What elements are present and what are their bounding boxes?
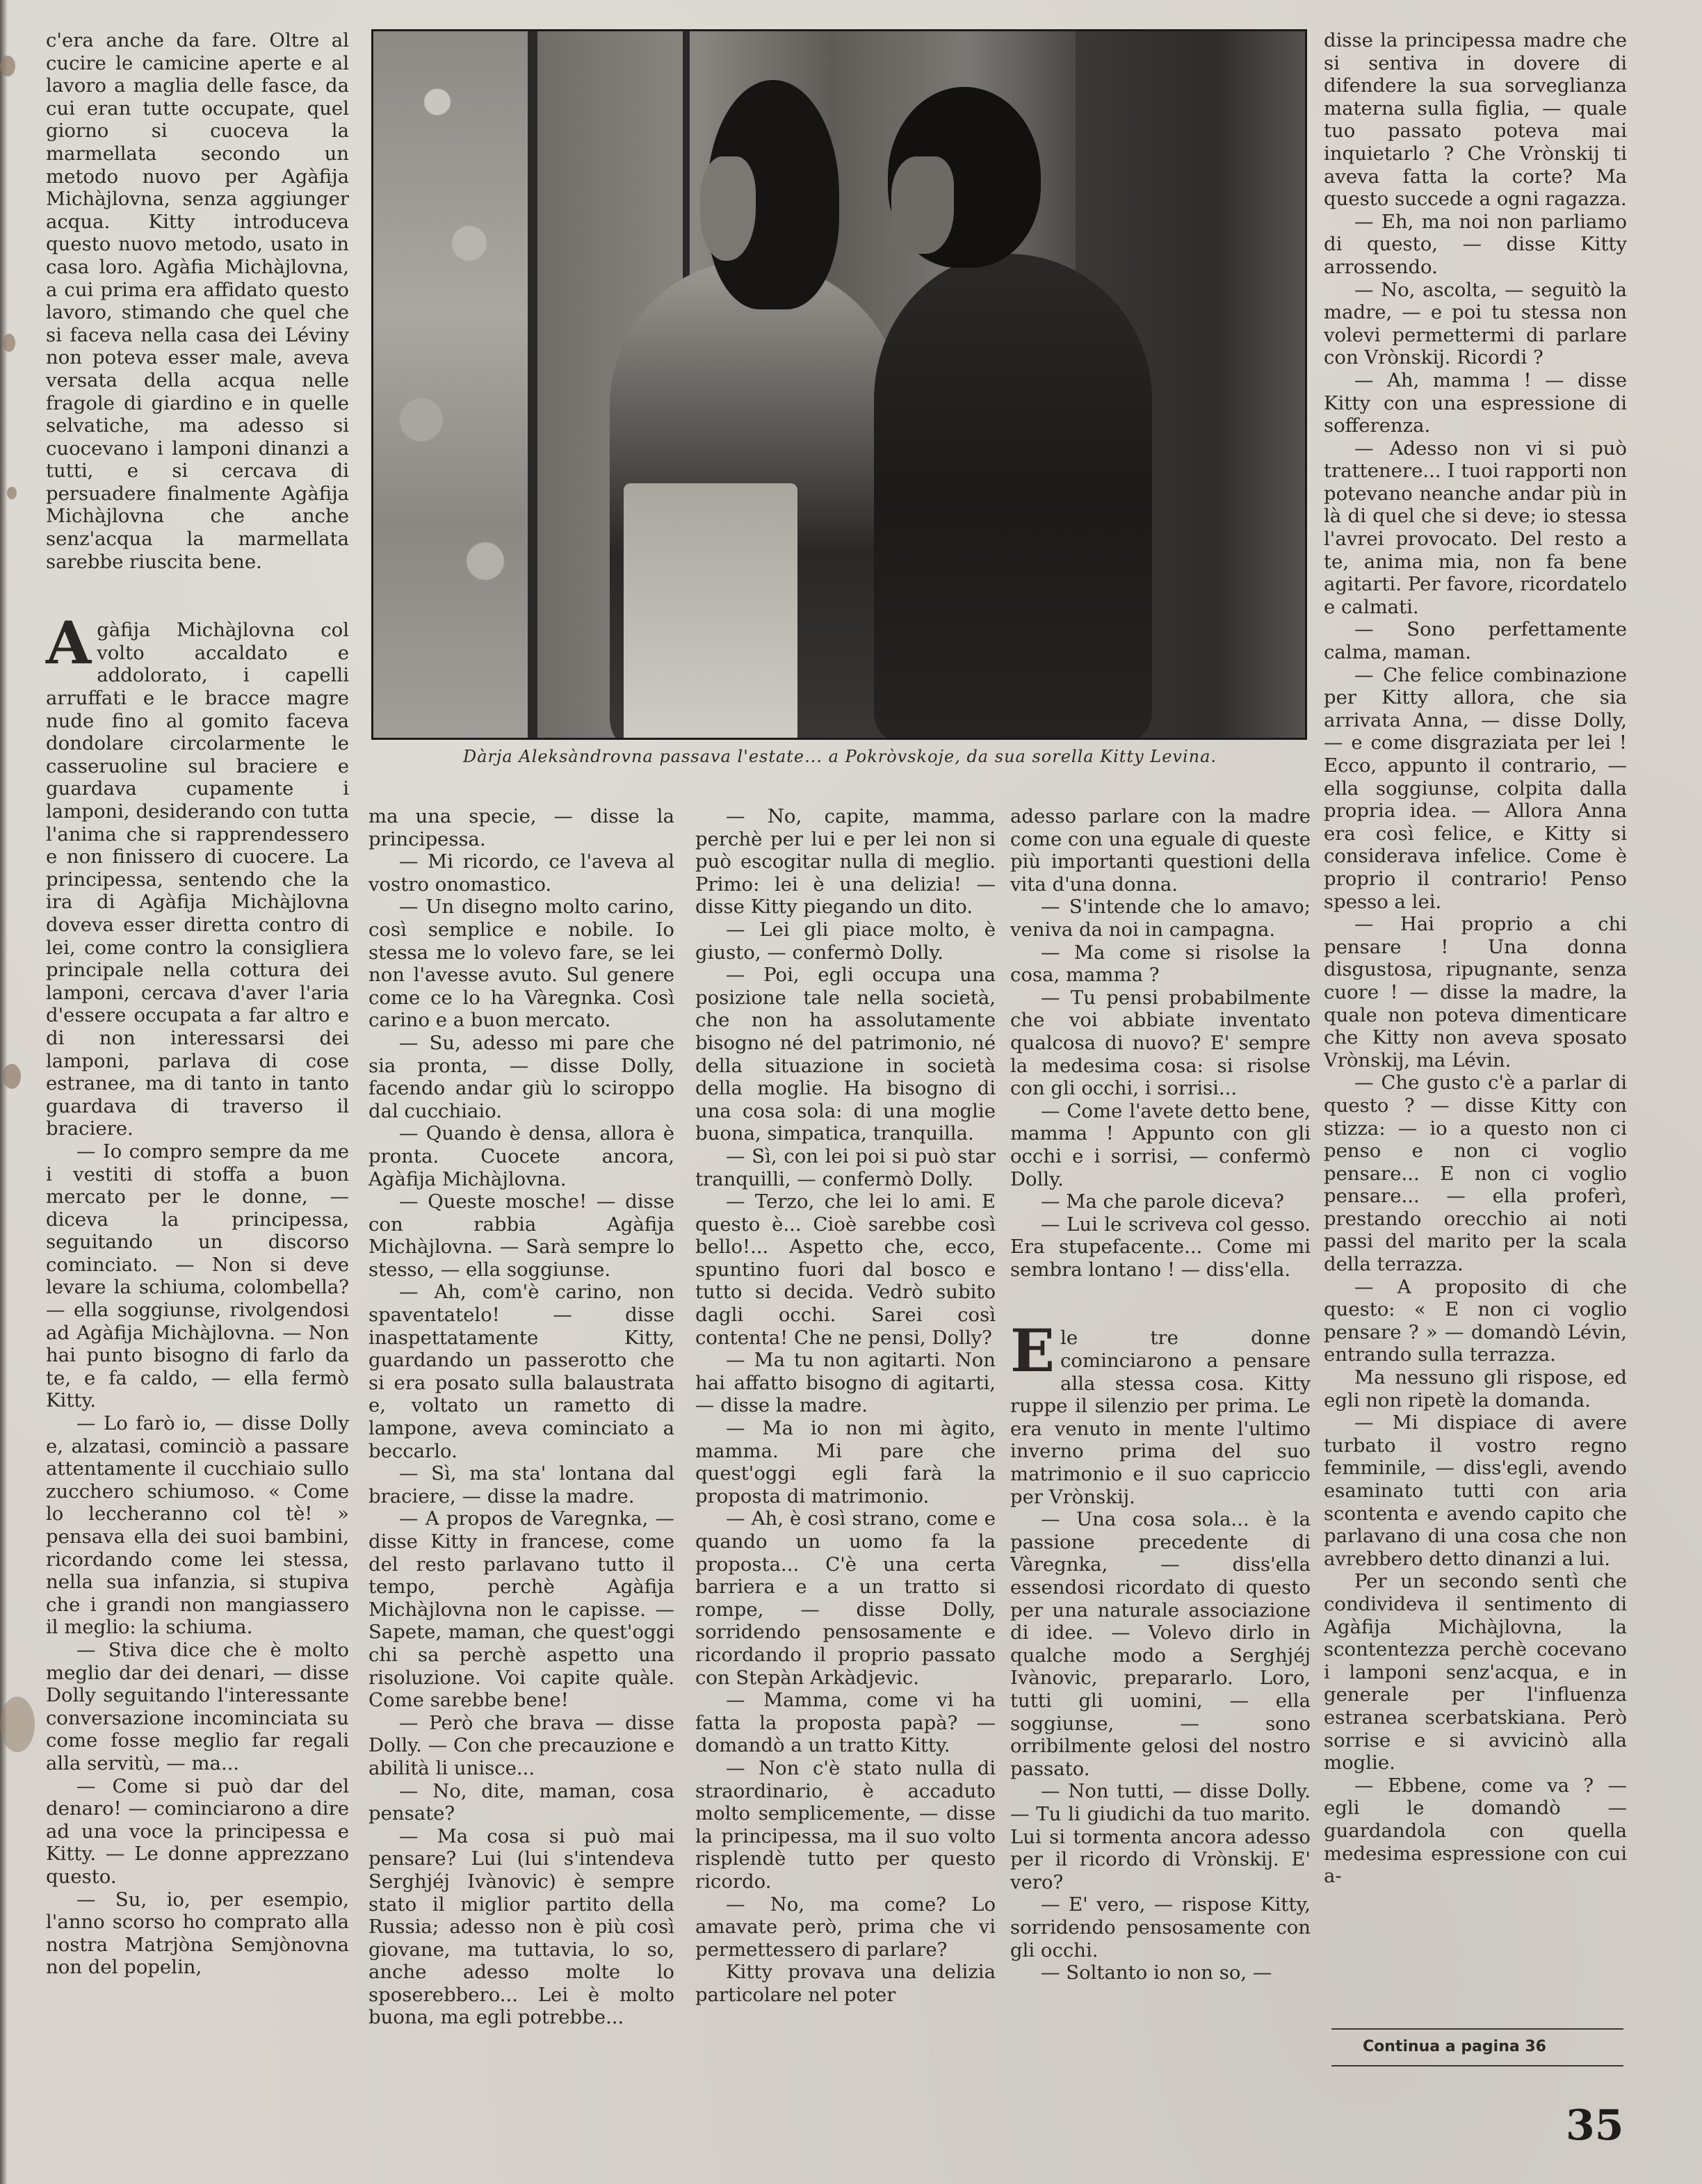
paragraph: — Adesso non vi si può trattenere... I t… [1324, 437, 1627, 619]
woman-face-left [700, 156, 756, 261]
paragraph-text: gàfija Michàjlovna col volto accaldato e… [46, 619, 349, 1140]
paragraph: c'era anche da fare. Oltre al cucire le … [46, 29, 349, 573]
paragraph: — Che gusto c'è a parlar di questo ? — d… [1324, 1071, 1627, 1275]
paragraph: — Lo farò io, — disse Dolly e, alzatasi,… [46, 1412, 349, 1639]
paragraph: — Una cosa sola... è la passione precede… [1010, 1508, 1311, 1780]
page-number: 35 [1566, 2101, 1624, 2150]
paragraph: — No, capite, mamma, perchè per lui e pe… [695, 805, 996, 919]
text-column-2: ma una specie, — disse la principessa. —… [368, 805, 674, 2029]
paragraph: — Sono perfettamente calma, maman. [1324, 618, 1627, 663]
window-frame [528, 31, 537, 738]
paragraph: — Mi ricordo, ce l'aveva al vostro onoma… [368, 850, 674, 896]
paragraph: — Però che brava — disse Dolly. — Con ch… [368, 1712, 674, 1780]
paragraph: — Sì, ma sta' lontana dal braciere, — di… [368, 1462, 674, 1507]
paragraph: — Io compro sempre da me i vestiti di st… [46, 1140, 349, 1412]
paragraph: — S'intende che lo amavo; veniva da noi … [1010, 896, 1311, 941]
curtain-shadow [373, 31, 533, 738]
paragraph: — Ma tu non agitarti. Non hai affatto bi… [695, 1349, 996, 1417]
paragraph: — Ah, è così strano, come e quando un uo… [695, 1507, 996, 1689]
drop-cap: E [1010, 1329, 1055, 1373]
paragraph: — Hai proprio a chi pensare ! Una donna … [1324, 913, 1627, 1071]
paragraph: — Eh, ma noi non parliamo di questo, — d… [1324, 211, 1627, 279]
paragraph: — Che felice combinazione per Kitty allo… [1324, 664, 1627, 914]
paragraph: — Lui le scriveva col gesso. Era stupefa… [1010, 1213, 1311, 1281]
woman-skirt [624, 483, 797, 740]
photo-caption: Dàrja Aleksàndrovna passava l'estate... … [381, 747, 1299, 766]
paragraph-dropcap: Ele tre donne cominciarono a pensare all… [1010, 1327, 1311, 1508]
paragraph: — Poi, egli occupa una posizione tale ne… [695, 964, 996, 1145]
paragraph: — Ah, mamma ! — disse Kitty con una espr… [1324, 369, 1627, 437]
paragraph: Kitty provava una delizia particolare ne… [695, 1961, 996, 2006]
magazine-page: c'era anche da fare. Oltre al cucire le … [0, 0, 1702, 2184]
paper-stain [0, 56, 15, 76]
paragraph: disse la principessa madre che si sentiv… [1324, 29, 1627, 211]
paragraph: Ma nessuno gli rispose, ed egli non ripe… [1324, 1366, 1627, 1411]
paragraph: — Sì, con lei poi si può star tranquilli… [695, 1145, 996, 1190]
paragraph: — Ma che parole diceva? [1010, 1190, 1311, 1213]
paragraph: — E' vero, — rispose Kitty, sorridendo p… [1010, 1893, 1311, 1961]
paragraph: — No, ma come? Lo amavate però, prima ch… [695, 1893, 996, 1961]
paragraph: — Come l'avete detto bene, mamma ! Appun… [1010, 1100, 1311, 1190]
paper-stain [3, 334, 15, 352]
text-column-3: — No, capite, mamma, perchè per lui e pe… [695, 805, 996, 2006]
paragraph: — A propos de Varegnka, — disse Kitty in… [368, 1507, 674, 1711]
drop-cap: A [46, 622, 91, 665]
paragraph: — Terzo, che lei lo ami. E questo è... C… [695, 1190, 996, 1349]
paragraph: — Queste mosche! — disse con rabbia Agàf… [368, 1190, 674, 1281]
paragraph: — Lei gli piace molto, è giusto, — confe… [695, 919, 996, 964]
paragraph: — Quando è densa, allora è pronta. Cuoce… [368, 1122, 674, 1190]
paragraph: — Mi dispiace di avere turbato il vostro… [1324, 1411, 1627, 1570]
paragraph: ma una specie, — disse la principessa. [368, 805, 674, 850]
paragraph: — No, ascolta, — seguitò la madre, — e p… [1324, 279, 1627, 369]
paragraph: — Ah, com'è carino, non spaventatelo! — … [368, 1281, 674, 1462]
paragraph: — Su, adesso mi pare che sia pronta, — d… [368, 1032, 674, 1122]
page-edge [0, 0, 7, 2184]
paragraph-text: le tre donne cominciarono a pensare alla… [1010, 1327, 1311, 1507]
paragraph: — Ma cosa si può mai pensare? Lui (lui s… [368, 1825, 674, 2029]
paragraph: — Ma io non mi àgito, mamma. Mi pare che… [695, 1417, 996, 1507]
paragraph: — Non tutti, — disse Dolly. — Tu li giud… [1010, 1780, 1311, 1893]
text-column-4: adesso parlare con la madre come con una… [1010, 805, 1311, 1984]
paragraph: — Stiva dice che è molto meglio dar dei … [46, 1639, 349, 1775]
woman-figure-right [874, 254, 1152, 740]
paragraph-dropcap: Agàfija Michàjlovna col volto accaldato … [46, 619, 349, 1140]
paragraph: — No, dite, maman, cosa pensate? [368, 1780, 674, 1825]
paragraph: — Su, io, per esempio, l'anno scorso ho … [46, 1888, 349, 1979]
paragraph: Per un secondo sentì che condivideva il … [1324, 1570, 1627, 1774]
film-still-photo [371, 29, 1307, 740]
woman-face-right [891, 156, 954, 254]
paragraph: — Un disegno molto carino, così semplice… [368, 896, 674, 1032]
text-column-5: disse la principessa madre che si sentiv… [1324, 29, 1627, 1888]
paper-stain [3, 1064, 21, 1089]
continued-notice: Continua a pagina 36 [1331, 2028, 1623, 2066]
paragraph: adesso parlare con la madre come con una… [1010, 805, 1311, 896]
paper-stain [7, 487, 17, 499]
continued-label: Continua a pagina 36 [1363, 2038, 1546, 2055]
paper-stain [0, 1697, 35, 1752]
paragraph: — Non c'è stato nulla di straordinario, … [695, 1757, 996, 1893]
paragraph: — Come si può dar del denaro! — comincia… [46, 1775, 349, 1888]
paragraph: — Mamma, come vi ha fatta la proposta pa… [695, 1689, 996, 1757]
paragraph: — Ebbene, come va ? — egli le domandò — … [1324, 1774, 1627, 1888]
text-column-1: c'era anche da fare. Oltre al cucire le … [46, 29, 349, 1979]
paragraph: — Tu pensi probabilmente che voi abbiate… [1010, 987, 1311, 1100]
paragraph: — Ma come si risolse la cosa, mamma ? [1010, 941, 1311, 987]
paragraph: — Soltanto io non so, — [1010, 1961, 1311, 1984]
paragraph: — A proposito di che questo: « E non ci … [1324, 1276, 1627, 1366]
